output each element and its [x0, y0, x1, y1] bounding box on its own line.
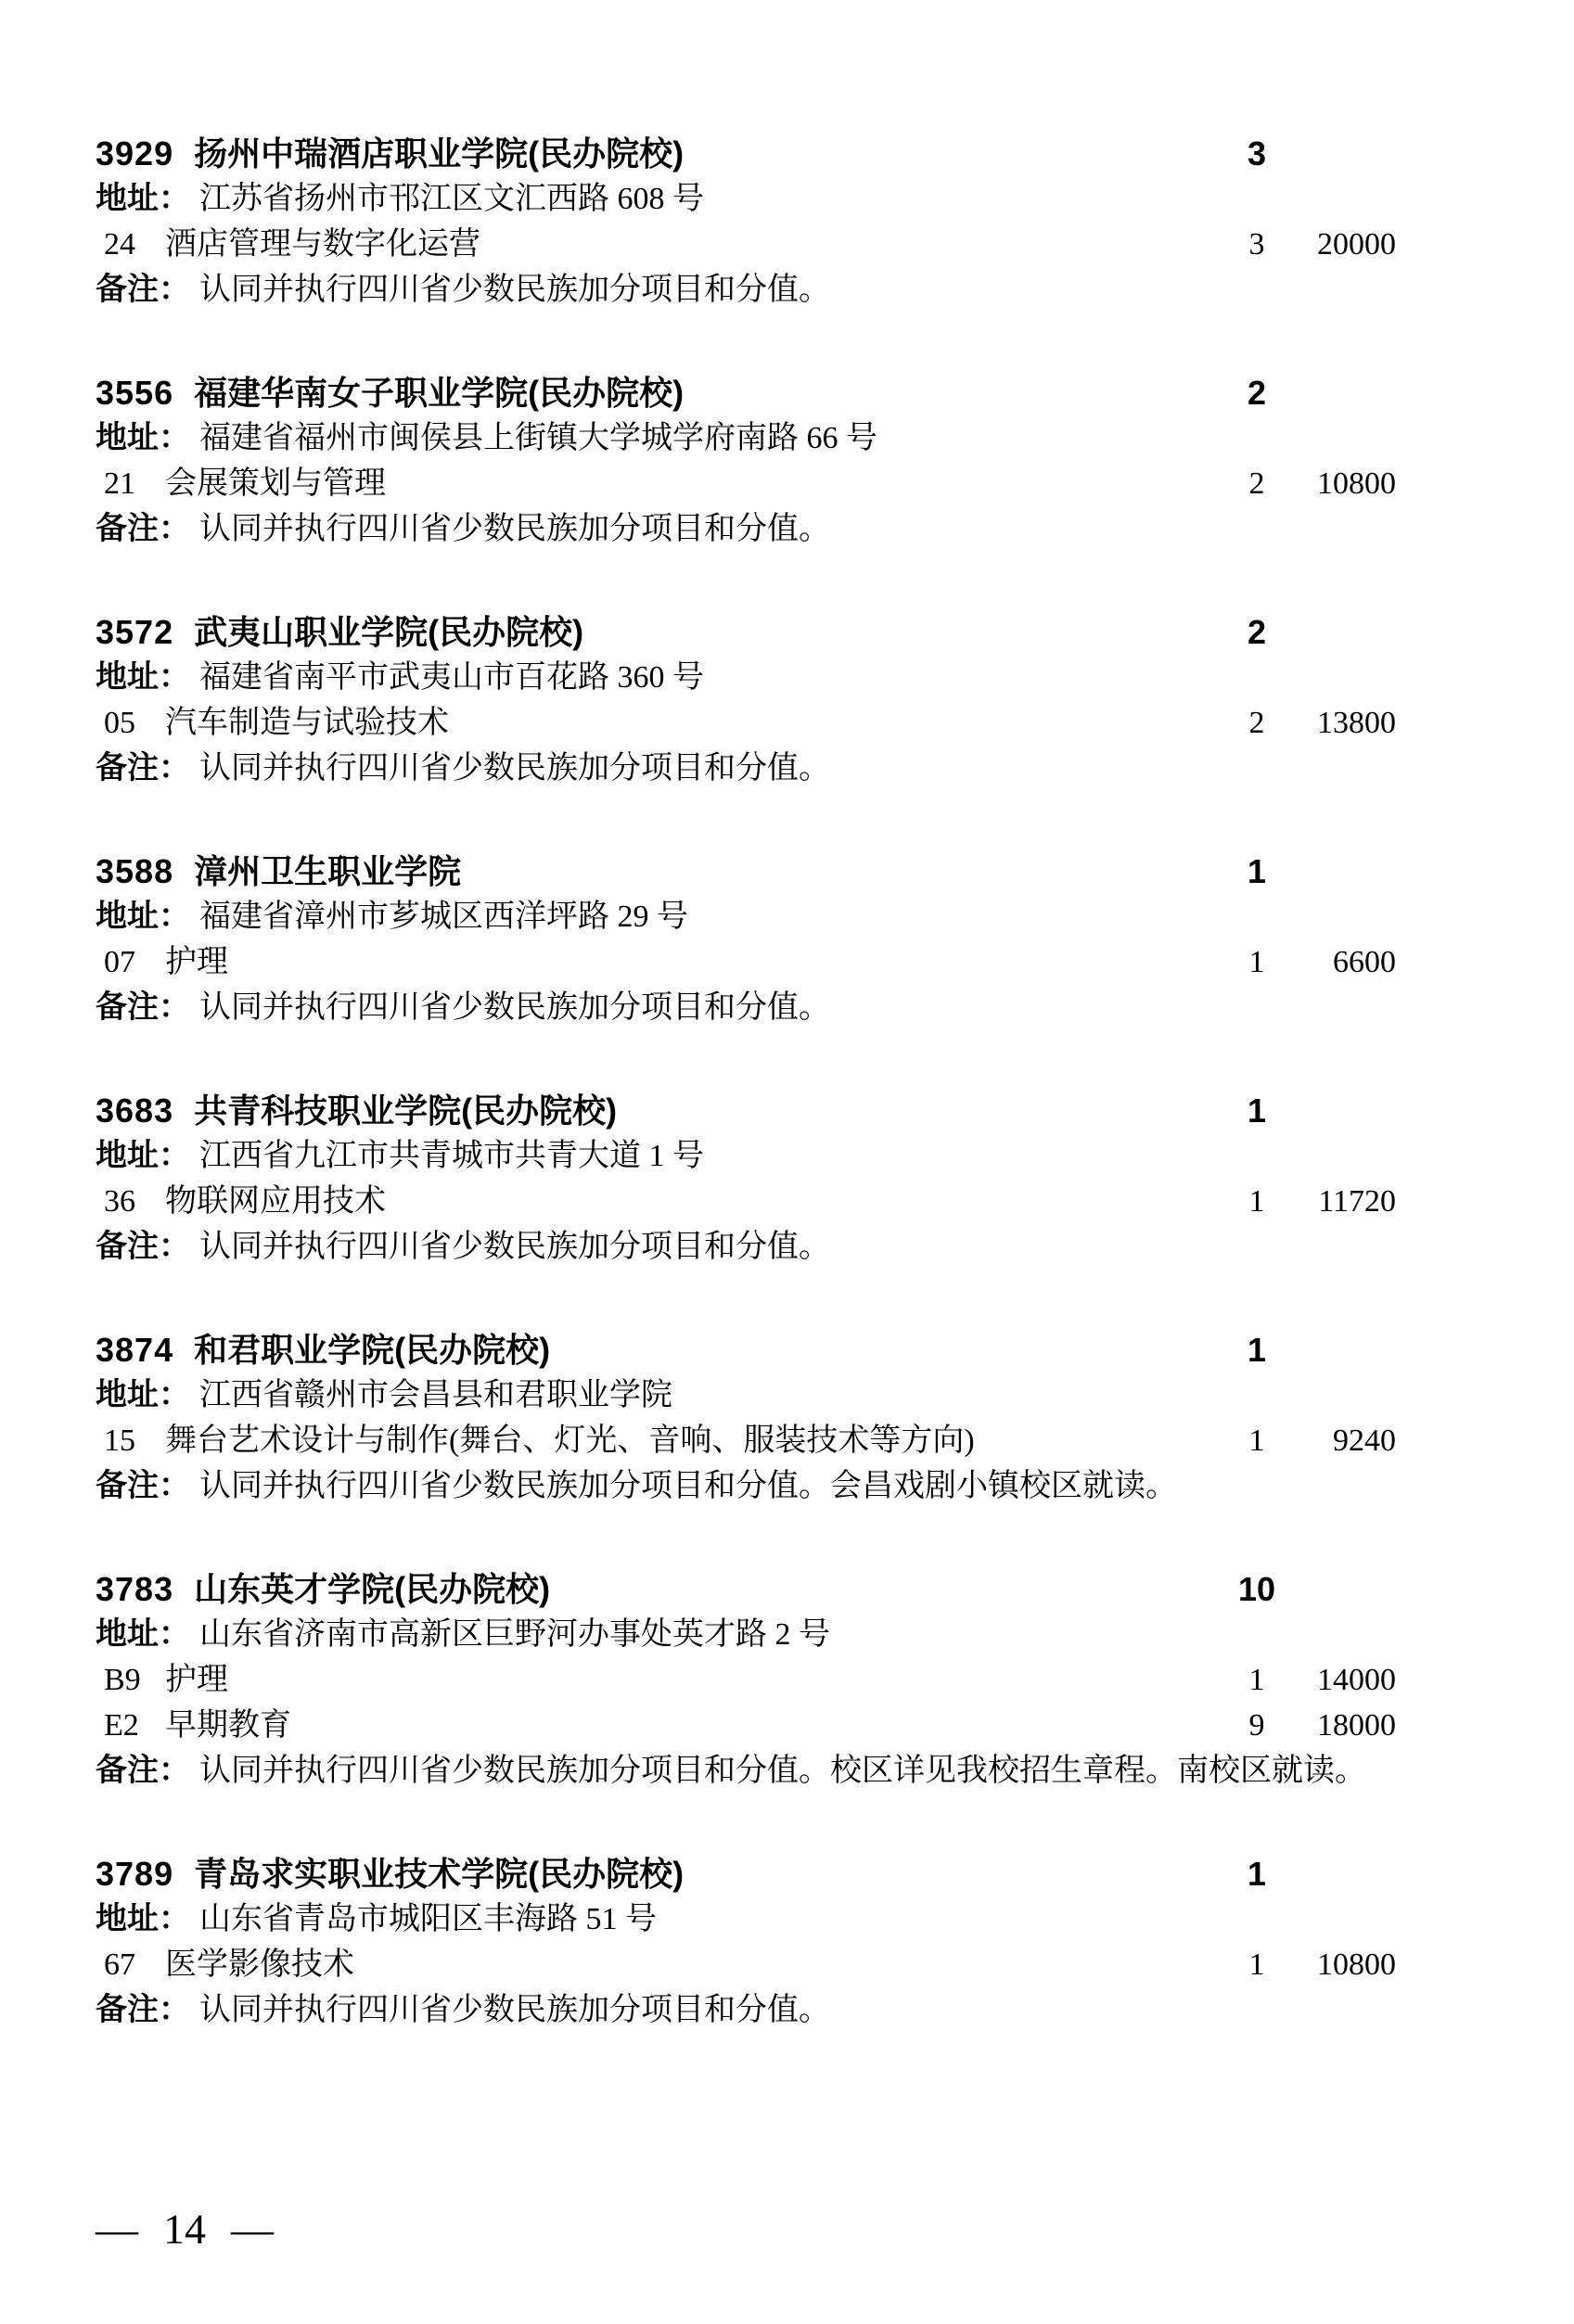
remark-label: 备注： [96, 511, 190, 546]
school-block: 3572武夷山职业学院(民办院校) 2 地址：福建省南平市武夷山市百花路 360… [0, 609, 1574, 791]
major-row: 36物联网应用技术 1 11720 [0, 1179, 1574, 1224]
major-name: 护理 [165, 945, 228, 979]
major-row: B9护理 1 14000 [0, 1657, 1574, 1703]
remark-label: 备注： [96, 1753, 190, 1788]
remark-label: 备注： [96, 1992, 190, 2027]
address-row: 地址：福建省福州市闽侯县上街镇大学城学府南路 66 号 [0, 415, 1574, 461]
remark-label: 备注： [96, 990, 190, 1025]
major-tuition: 18000 [1294, 1703, 1396, 1748]
major-code: 07 [104, 939, 147, 985]
major-code: 05 [104, 700, 147, 746]
remark-label: 备注： [96, 272, 190, 307]
major-code: 15 [104, 1418, 147, 1463]
remark-row: 备注：认同并执行四川省少数民族加分项目和分值。 [0, 506, 1574, 552]
major-name: 汽车制造与试验技术 [165, 706, 449, 740]
remark-row: 备注：认同并执行四川省少数民族加分项目和分值。校区详见我校招生章程。南校区就读。 [0, 1748, 1574, 1794]
address-label: 地址： [96, 1377, 190, 1412]
school-code: 3783 [96, 1570, 173, 1608]
major-name: 酒店管理与数字化运营 [165, 227, 480, 262]
address-label: 地址： [96, 1138, 190, 1173]
school-header-row: 3556福建华南女子职业学院(民办院校) 2 [0, 370, 1574, 415]
major-row: 67医学影像技术 1 10800 [0, 1942, 1574, 1987]
school-code: 3683 [96, 1092, 173, 1130]
school-name: 福建华南女子职业学院(民办院校) [194, 374, 684, 412]
school-plan-count: 3 [1210, 131, 1303, 176]
major-code: E2 [104, 1703, 147, 1748]
document-page: 3929扬州中瑞酒店职业学院(民办院校) 3 地址：江苏省扬州市邗江区文汇西路 … [0, 0, 1574, 2324]
school-header-row: 3783山东英才学院(民办院校) 10 [0, 1566, 1574, 1612]
major-name: 舞台艺术设计与制作(舞台、灯光、音响、服装技术等方向) [165, 1424, 975, 1458]
remark-row: 备注：认同并执行四川省少数民族加分项目和分值。 [0, 1224, 1574, 1270]
school-plan-count: 1 [1210, 849, 1303, 894]
school-header-row: 3588漳州卫生职业学院 1 [0, 849, 1574, 894]
major-tuition: 10800 [1294, 1942, 1396, 1987]
school-plan-count: 2 [1210, 370, 1303, 415]
school-code: 3789 [96, 1855, 173, 1893]
major-count: 2 [1210, 700, 1303, 746]
school-name: 扬州中瑞酒店职业学院(民办院校) [194, 134, 684, 172]
address-text: 福建省福州市闽侯县上街镇大学城学府南路 66 号 [199, 421, 877, 455]
remark-text: 认同并执行四川省少数民族加分项目和分值。 [199, 1993, 830, 2027]
remark-text: 认同并执行四川省少数民族加分项目和分值。 [199, 273, 830, 307]
address-text: 山东省济南市高新区巨野河办事处英才路 2 号 [199, 1617, 830, 1652]
major-tuition: 20000 [1294, 222, 1396, 267]
school-block: 3789青岛求实职业技术学院(民办院校) 1 地址：山东省青岛市城阳区丰海路 5… [0, 1851, 1574, 2033]
major-row: 21会展策划与管理 2 10800 [0, 461, 1574, 506]
address-label: 地址： [96, 1616, 190, 1652]
major-count: 3 [1210, 222, 1303, 267]
major-name: 会展策划与管理 [165, 466, 386, 501]
school-code: 3929 [96, 134, 173, 172]
major-name: 早期教育 [165, 1708, 291, 1743]
school-plan-count: 1 [1210, 1327, 1303, 1373]
major-row: 07护理 1 6600 [0, 939, 1574, 985]
school-block: 3874和君职业学院(民办院校) 1 地址：江西省赣州市会昌县和君职业学院 15… [0, 1327, 1574, 1509]
major-name: 医学影像技术 [165, 1947, 354, 1982]
remark-row: 备注：认同并执行四川省少数民族加分项目和分值。 [0, 985, 1574, 1030]
address-row: 地址：山东省济南市高新区巨野河办事处英才路 2 号 [0, 1612, 1574, 1657]
school-code: 3874 [96, 1331, 173, 1369]
major-row: E2早期教育 9 18000 [0, 1703, 1574, 1748]
major-code: 24 [104, 222, 147, 267]
school-header-row: 3874和君职业学院(民办院校) 1 [0, 1327, 1574, 1373]
major-name: 护理 [165, 1663, 228, 1697]
remark-label: 备注： [96, 1468, 190, 1503]
address-text: 江苏省扬州市邗江区文汇西路 608 号 [199, 182, 704, 216]
remark-row: 备注：认同并执行四川省少数民族加分项目和分值。 [0, 1987, 1574, 2033]
page-number: 14 [163, 2208, 206, 2251]
school-code: 3572 [96, 613, 173, 651]
school-code: 3588 [96, 852, 173, 890]
address-text: 福建省漳州市芗城区西洋坪路 29 号 [199, 900, 688, 934]
school-header-row: 3929扬州中瑞酒店职业学院(民办院校) 3 [0, 131, 1574, 176]
school-plan-count: 10 [1210, 1566, 1303, 1612]
address-label: 地址： [96, 659, 190, 695]
remark-row: 备注：认同并执行四川省少数民族加分项目和分值。 [0, 746, 1574, 791]
school-plan-count: 2 [1210, 609, 1303, 655]
address-row: 地址：山东省青岛市城阳区丰海路 51 号 [0, 1896, 1574, 1942]
school-code: 3556 [96, 374, 173, 412]
address-text: 江西省赣州市会昌县和君职业学院 [199, 1378, 672, 1412]
footer-dash-right: — [231, 2208, 274, 2251]
address-row: 地址：江西省赣州市会昌县和君职业学院 [0, 1373, 1574, 1418]
remark-row: 备注：认同并执行四川省少数民族加分项目和分值。会昌戏剧小镇校区就读。 [0, 1463, 1574, 1509]
school-plan-count: 1 [1210, 1088, 1303, 1133]
remark-text: 认同并执行四川省少数民族加分项目和分值。校区详见我校招生章程。南校区就读。 [199, 1754, 1366, 1788]
address-label: 地址： [96, 181, 190, 216]
remark-text: 认同并执行四川省少数民族加分项目和分值。 [199, 751, 830, 785]
major-count: 2 [1210, 461, 1303, 506]
page-footer: — 14 — [96, 2208, 274, 2251]
remark-text: 认同并执行四川省少数民族加分项目和分值。 [199, 512, 830, 546]
address-row: 地址：江西省九江市共青城市共青大道 1 号 [0, 1133, 1574, 1179]
school-block: 3929扬州中瑞酒店职业学院(民办院校) 3 地址：江苏省扬州市邗江区文汇西路 … [0, 131, 1574, 313]
address-text: 山东省青岛市城阳区丰海路 51 号 [199, 1902, 657, 1936]
major-name: 物联网应用技术 [165, 1184, 386, 1219]
school-name: 武夷山职业学院(民办院校) [194, 613, 583, 651]
school-name: 青岛求实职业技术学院(民办院校) [194, 1855, 684, 1893]
major-tuition: 6600 [1294, 939, 1396, 985]
address-row: 地址：福建省南平市武夷山市百花路 360 号 [0, 655, 1574, 700]
remark-row: 备注：认同并执行四川省少数民族加分项目和分值。 [0, 267, 1574, 313]
major-count: 9 [1210, 1703, 1303, 1748]
school-header-row: 3572武夷山职业学院(民办院校) 2 [0, 609, 1574, 655]
school-name: 山东英才学院(民办院校) [194, 1570, 550, 1608]
major-row: 05汽车制造与试验技术 2 13800 [0, 700, 1574, 746]
address-label: 地址： [96, 420, 190, 455]
address-row: 地址：江苏省扬州市邗江区文汇西路 608 号 [0, 176, 1574, 222]
major-count: 1 [1210, 1657, 1303, 1703]
major-count: 1 [1210, 1418, 1303, 1463]
major-row: 24酒店管理与数字化运营 3 20000 [0, 222, 1574, 267]
school-plan-count: 1 [1210, 1851, 1303, 1896]
school-name: 和君职业学院(民办院校) [194, 1331, 550, 1369]
address-text: 福建省南平市武夷山市百花路 360 号 [199, 660, 704, 695]
major-tuition: 9240 [1294, 1418, 1396, 1463]
address-text: 江西省九江市共青城市共青大道 1 号 [199, 1139, 704, 1173]
major-count: 1 [1210, 1942, 1303, 1987]
school-block: 3783山东英才学院(民办院校) 10 地址：山东省济南市高新区巨野河办事处英才… [0, 1566, 1574, 1794]
school-block: 3588漳州卫生职业学院 1 地址：福建省漳州市芗城区西洋坪路 29 号 07护… [0, 849, 1574, 1030]
major-code: 67 [104, 1942, 147, 1987]
remark-text: 认同并执行四川省少数民族加分项目和分值。会昌戏剧小镇校区就读。 [199, 1469, 1177, 1503]
major-row: 15舞台艺术设计与制作(舞台、灯光、音响、服装技术等方向) 1 9240 [0, 1418, 1574, 1463]
major-count: 1 [1210, 939, 1303, 985]
address-row: 地址：福建省漳州市芗城区西洋坪路 29 号 [0, 894, 1574, 939]
school-name: 漳州卫生职业学院 [194, 852, 461, 890]
remark-text: 认同并执行四川省少数民族加分项目和分值。 [199, 1230, 830, 1264]
school-header-row: 3789青岛求实职业技术学院(民办院校) 1 [0, 1851, 1574, 1896]
major-tuition: 14000 [1294, 1657, 1396, 1703]
school-header-row: 3683共青科技职业学院(民办院校) 1 [0, 1088, 1574, 1133]
school-block: 3683共青科技职业学院(民办院校) 1 地址：江西省九江市共青城市共青大道 1… [0, 1088, 1574, 1270]
major-code: B9 [104, 1657, 147, 1703]
address-label: 地址： [96, 899, 190, 934]
remark-text: 认同并执行四川省少数民族加分项目和分值。 [199, 990, 830, 1025]
major-tuition: 13800 [1294, 700, 1396, 746]
remark-label: 备注： [96, 750, 190, 785]
major-count: 1 [1210, 1179, 1303, 1224]
address-label: 地址： [96, 1901, 190, 1936]
school-block: 3556福建华南女子职业学院(民办院校) 2 地址：福建省福州市闽侯县上街镇大学… [0, 370, 1574, 552]
remark-label: 备注： [96, 1229, 190, 1264]
major-code: 21 [104, 461, 147, 506]
major-tuition: 11720 [1294, 1179, 1396, 1224]
major-tuition: 10800 [1294, 461, 1396, 506]
footer-dash-left: — [96, 2208, 138, 2251]
major-code: 36 [104, 1179, 147, 1224]
school-name: 共青科技职业学院(民办院校) [194, 1092, 617, 1130]
